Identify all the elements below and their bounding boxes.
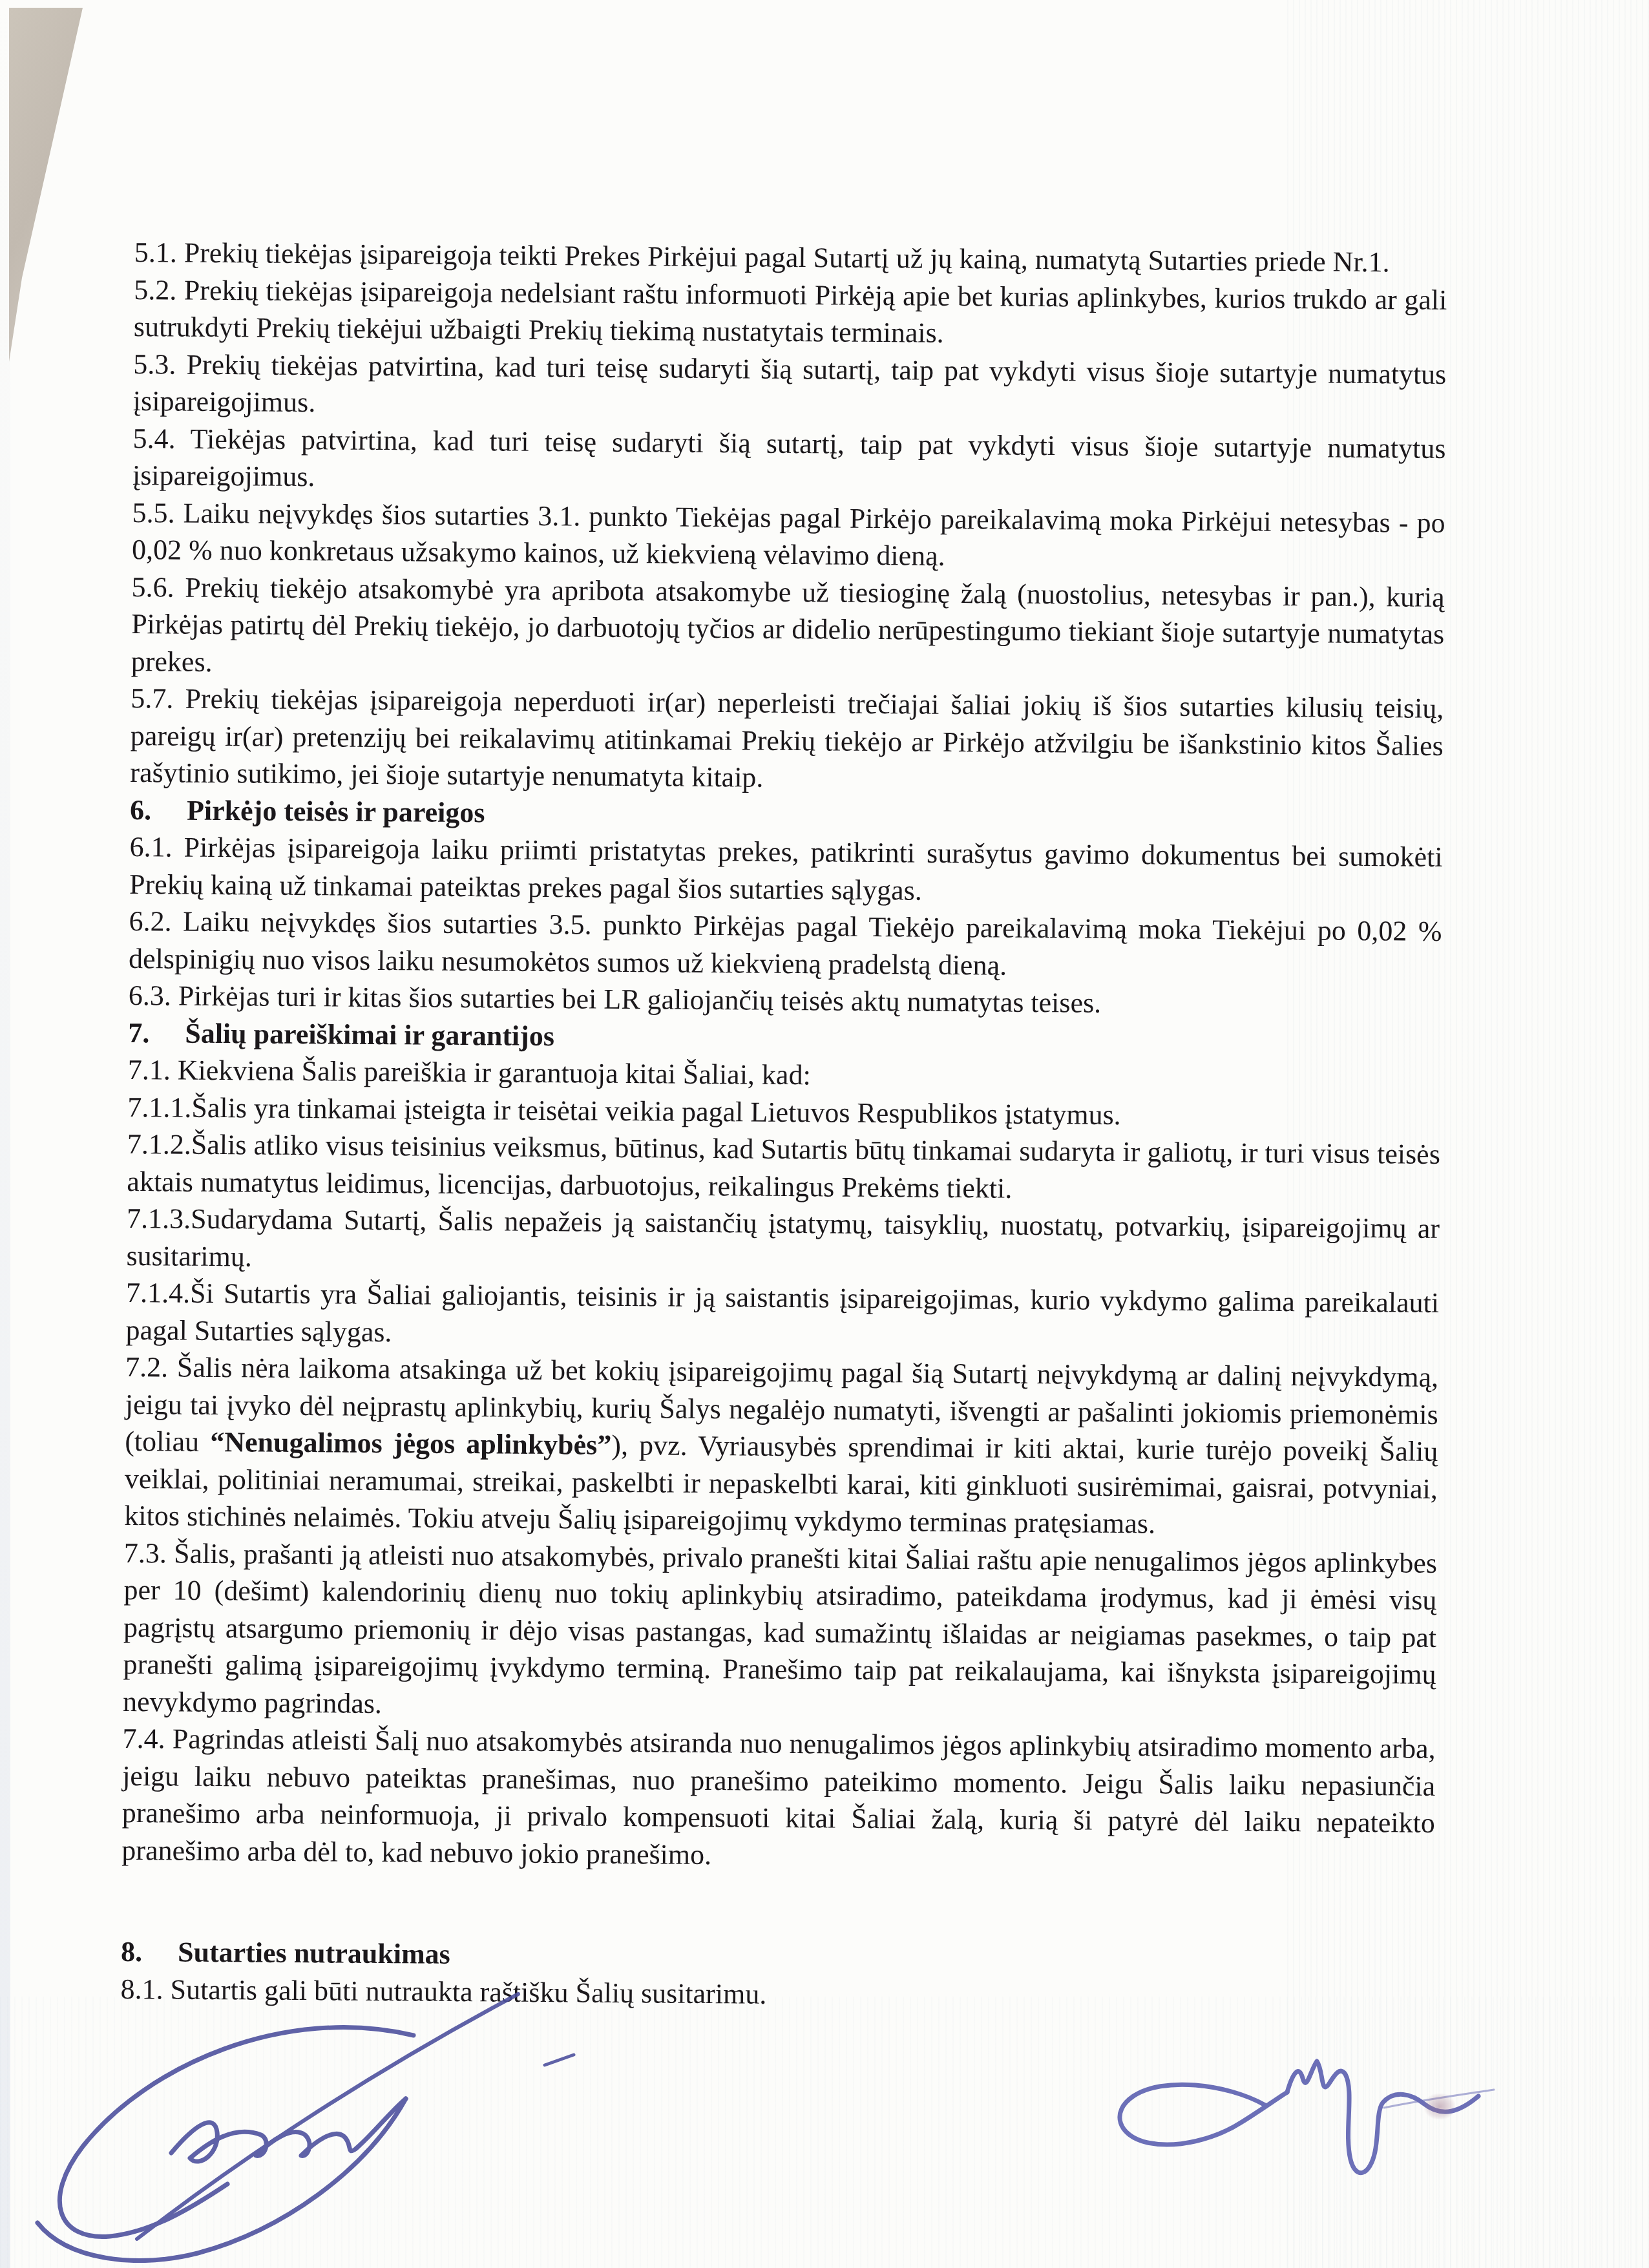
contract-text-block: 5.1. Prekių tiekėjas įsipareigoja teikti… [0,0,1649,2019]
paragraph: 7.1.3.Sudarydama Sutartį, Šalis nepažeis… [126,1200,1440,1285]
paragraph-text: 7.1. Kiekviena Šalis pareiškia ir garant… [128,1054,811,1091]
paragraph-text: 7.1.3.Sudarydama Sutartį, Šalis nepažeis… [126,1202,1440,1272]
paragraph-text: 7.1.1.Šalis yra tinkamai įsteigta ir tei… [127,1091,1121,1130]
paragraph-text: 5.5. Laiku neįvykdęs šios sutarties 3.1.… [132,496,1445,571]
bold-phrase: “Nenugalimos jėgos aplinkybės” [210,1426,611,1461]
paragraph-text: 6.1. Pirkėjas įsipareigoja laiku priimti… [129,831,1443,906]
paragraph-text: 7.3. Šalis, prašanti ją atleisti nuo ats… [123,1537,1437,1719]
section-number: 7. [128,1014,185,1051]
paragraph-text: 7.1.4.Ši Sutartis yra Šaliai galiojantis… [125,1277,1439,1348]
scanned-contract-page: 5.1. Prekių tiekėjas įsipareigoja teikti… [0,0,1649,2268]
paragraph-text: 7.4. Pagrindas atleisti Šalį nuo atsakom… [121,1723,1436,1871]
paragraph: 5.5. Laiku neįvykdęs šios sutarties 3.1.… [132,494,1445,578]
paragraph: 7.2. Šalis nėra laikoma atsakinga už bet… [124,1349,1438,1544]
signature-right-oval [1120,2084,1287,2145]
paragraph-text: 5.6. Prekių tiekėjo atsakomybė yra aprib… [131,571,1445,677]
paragraph-text: 6.3. Pirkėjas turi ir kitas šios sutarti… [129,980,1102,1019]
ink-smudge [1424,2094,1455,2119]
paragraph: 7.1.4.Ši Sutartis yra Šaliai galiojantis… [125,1274,1439,1359]
signatures-layer [0,1938,1649,2268]
paragraph: 6.2. Laiku neįvykdęs šios sutarties 3.5.… [129,903,1442,987]
paragraph-text: 5.1. Prekių tiekėjas įsipareigoja teikti… [134,236,1390,278]
paragraph: 7.1.2.Šalis atliko visus teisinius veiks… [127,1126,1440,1210]
signature-left-diagonal [137,1994,518,2239]
signature-left-dash [545,2055,574,2065]
paragraph-text: 5.7. Prekių tiekėjas įsipareigoja neperd… [130,682,1444,793]
paragraph: 7.3. Šalis, prašanti ją atleisti nuo ats… [123,1534,1437,1730]
paragraph: 5.2. Prekių tiekėjas įsipareigoja nedels… [134,271,1447,355]
paragraph: 5.4. Tiekėjas patvirtina, kad turi teisę… [132,419,1446,504]
paragraph: 7.4. Pagrindas atleisti Šalį nuo atsakom… [121,1720,1436,1879]
paragraph: 5.7. Prekių tiekėjas įsipareigoja neperd… [130,680,1444,801]
section-number: 6. [130,791,187,828]
section-title: Pirkėjo teisės ir pareigos [187,794,485,828]
paragraph-text: 5.3. Prekių tiekėjas patvirtina, kad tur… [133,348,1447,418]
paragraph-text: 7.1.2.Šalis atliko visus teisinius veiks… [127,1128,1440,1204]
paragraph: 5.6. Prekių tiekėjo atsakomybė yra aprib… [131,568,1445,689]
paragraph-text: 6.2. Laiku neįvykdęs šios sutarties 3.5.… [129,905,1442,981]
section-title: Šalių pareiškimai ir garantijos [185,1017,554,1051]
paragraph: 5.3. Prekių tiekėjas patvirtina, kad tur… [133,345,1447,430]
paragraph-text: 5.2. Prekių tiekėjas įsipareigoja nedels… [134,273,1447,348]
paragraph: 6.1. Pirkėjas įsipareigoja laiku priimti… [129,828,1443,913]
paragraph-text: 5.4. Tiekėjas patvirtina, kad turi teisę… [132,422,1446,492]
handwritten-signature-left [37,1994,574,2260]
